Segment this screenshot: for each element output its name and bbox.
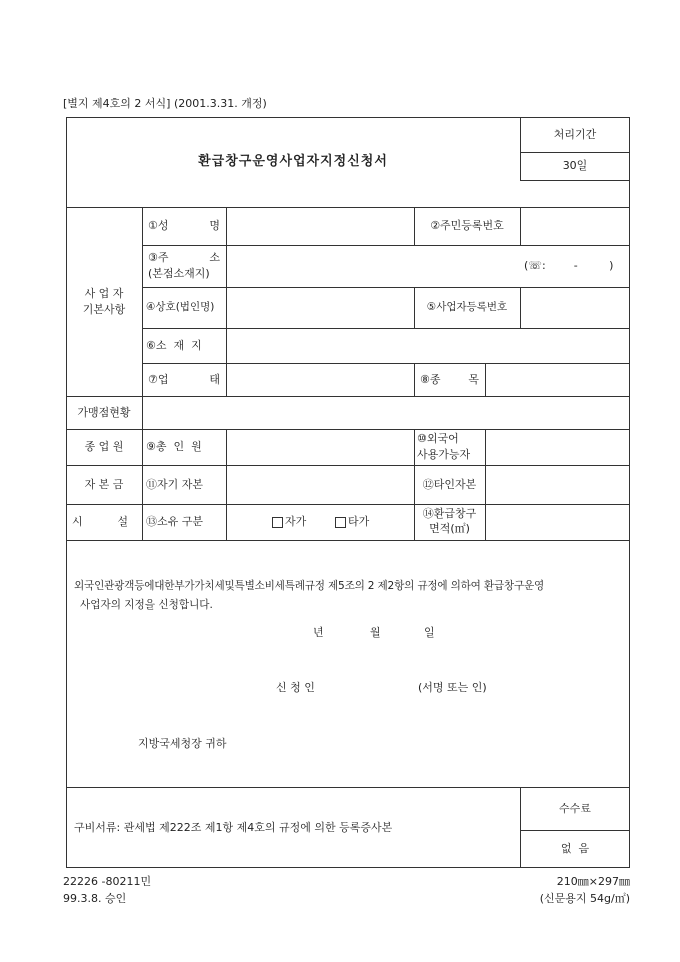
business-type-input[interactable] bbox=[227, 364, 413, 395]
phone-input[interactable]: (☏: - ) bbox=[524, 245, 628, 287]
facility-label: 시설 bbox=[66, 504, 142, 540]
form-header: [별지 제4호의 2 서식] (2001.3.31. 개정) bbox=[63, 95, 267, 111]
footer-size: 210㎜×297㎜ bbox=[557, 873, 630, 889]
addressee: 지방국세청장 귀하 bbox=[138, 735, 227, 751]
employees-label: 종 업 원 bbox=[66, 429, 142, 465]
name-input[interactable] bbox=[227, 208, 413, 244]
date-year: 년 bbox=[313, 624, 324, 640]
signature-label: (서명 또는 인) bbox=[418, 679, 487, 695]
required-documents: 구비서류: 관세법 제222조 제1항 제4호의 규정에 의한 등록증사본 bbox=[68, 787, 518, 868]
fee-value: 없 음 bbox=[520, 830, 630, 868]
location-input[interactable] bbox=[227, 329, 629, 362]
company-input[interactable] bbox=[227, 288, 413, 327]
capital-label: 자 본 금 bbox=[66, 465, 142, 504]
footer-paper: (신문용지 54g/㎡) bbox=[540, 890, 630, 906]
foreign-language-input[interactable] bbox=[486, 430, 629, 464]
date-month: 월 bbox=[370, 624, 381, 640]
checkbox-icon[interactable] bbox=[272, 517, 283, 528]
location-label: ⑥소 재 지 bbox=[142, 328, 226, 363]
processing-period-value: 30일 bbox=[520, 152, 630, 180]
applicant-label: 신 청 인 bbox=[276, 679, 315, 695]
own-capital-input[interactable] bbox=[227, 466, 413, 503]
total-employees-label: ⑨총 인 원 bbox=[142, 429, 226, 465]
company-label: ④상호(법인명) bbox=[142, 287, 226, 328]
ownership-other-checkbox[interactable]: 타가 bbox=[335, 504, 395, 540]
total-employees-input[interactable] bbox=[227, 430, 413, 464]
business-no-label: ⑤사업자등록번호 bbox=[414, 287, 520, 328]
footer-approval: 99.3.8. 승인 bbox=[63, 890, 126, 906]
business-type-label: ⑦업태 bbox=[142, 363, 226, 396]
date-day: 일 bbox=[424, 624, 435, 640]
address-label: ③주소 (본점소재지) bbox=[142, 245, 226, 287]
other-capital-input[interactable] bbox=[486, 466, 629, 503]
address-input[interactable] bbox=[227, 246, 517, 286]
ownership-label: ⑬소유 구분 bbox=[142, 504, 226, 540]
name-label: ①성명 bbox=[142, 207, 226, 245]
statement-line-2: 사업자의 지정을 신청합니다. bbox=[80, 597, 213, 612]
statement-line-1: 외국인관광객등에대한부가가치세및특별소비세특례규정 제5조의 2 제2항의 규정… bbox=[74, 578, 544, 593]
foreign-language-label: ⑩외국어사용가능자 bbox=[414, 429, 485, 465]
resident-no-input[interactable] bbox=[521, 208, 629, 244]
processing-period-label: 처리기간 bbox=[520, 117, 630, 152]
checkbox-icon[interactable] bbox=[335, 517, 346, 528]
page-title: 환급창구운영사업자지정신청서 bbox=[66, 117, 520, 207]
business-item-input[interactable] bbox=[486, 364, 629, 395]
other-capital-label: ⑫타인자본 bbox=[414, 465, 485, 504]
own-capital-label: ⑪자기 자본 bbox=[142, 465, 226, 504]
ownership-own-checkbox[interactable]: 자가 bbox=[272, 504, 332, 540]
affiliates-input[interactable] bbox=[143, 397, 629, 428]
section-basic-label: 사 업 자 기본사항 bbox=[66, 207, 142, 396]
footer-code: 22226 -80211민 bbox=[63, 873, 151, 889]
refund-area-label: ⑭환급창구면적(㎡) bbox=[414, 504, 485, 540]
affiliates-label: 가맹점현황 bbox=[66, 396, 142, 429]
business-no-input[interactable] bbox=[521, 288, 629, 327]
resident-no-label: ②주민등록번호 bbox=[414, 207, 520, 245]
refund-area-input[interactable] bbox=[486, 505, 629, 539]
business-item-label: ⑧종목 bbox=[414, 363, 485, 396]
fee-label: 수수료 bbox=[520, 787, 630, 830]
